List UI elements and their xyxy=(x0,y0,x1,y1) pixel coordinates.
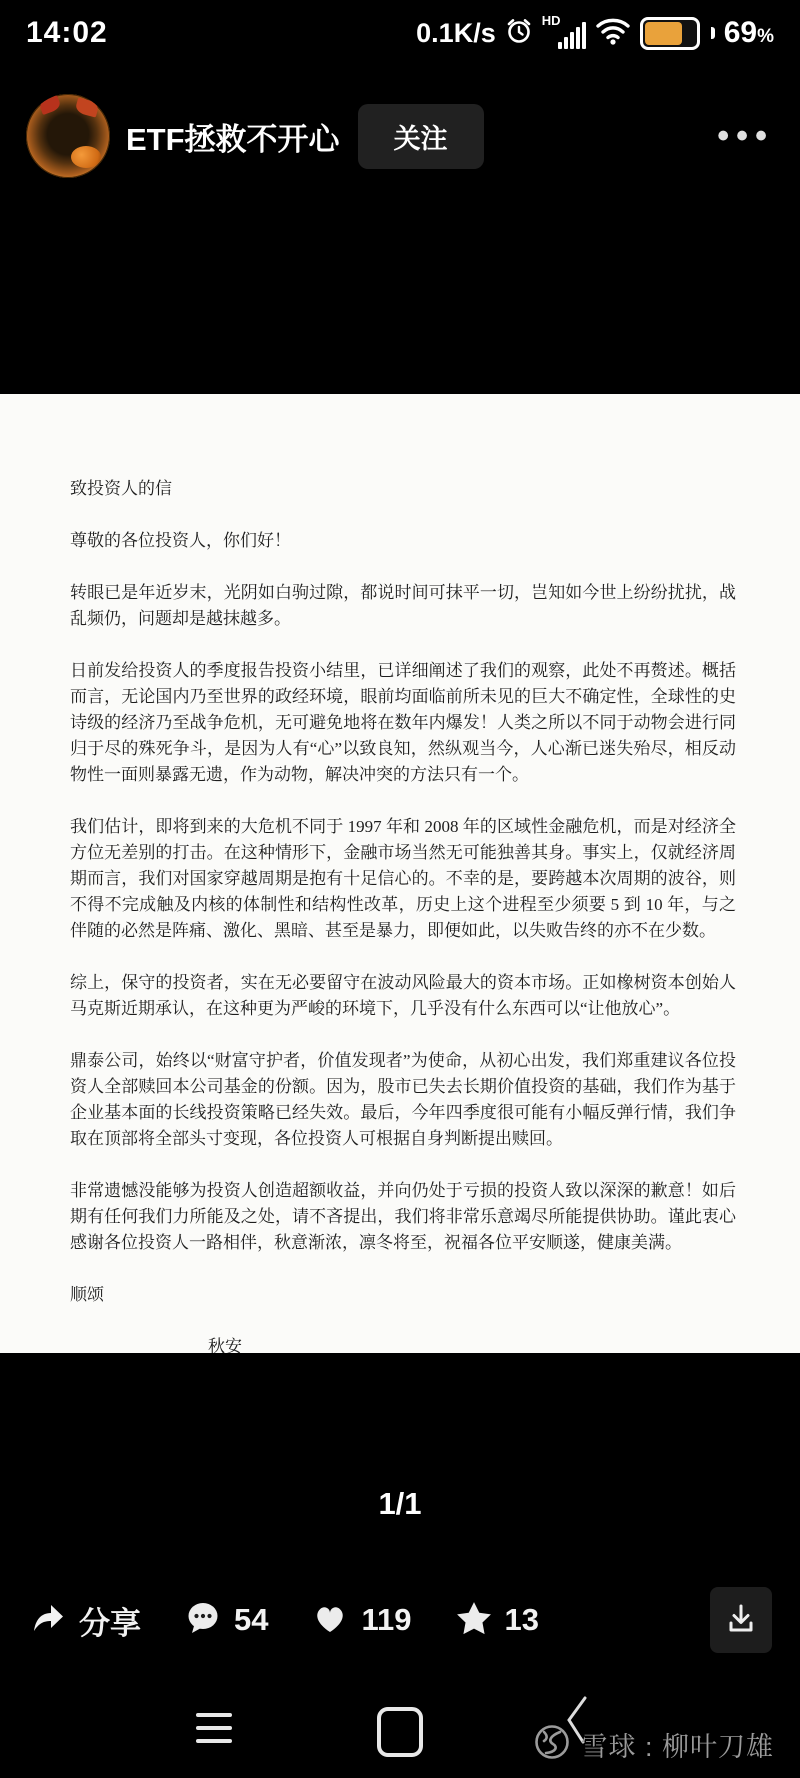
action-bar: 分享 54 119 xyxy=(30,1586,772,1654)
letter-body: 致投资人的信 尊敬的各位投资人，你们好！转眼已是年近岁末，光阴如白驹过隙，都说时… xyxy=(0,394,800,1353)
letter-title: 致投资人的信 xyxy=(70,476,736,502)
clock-time: 14:02 xyxy=(26,16,108,50)
letter-paragraph: 非常遗憾没能够为投资人创造超额收益，并向仍处于亏损的投资人致以深深的歉意！如后期… xyxy=(70,1178,736,1256)
more-menu-icon[interactable]: ••• xyxy=(717,119,774,153)
share-button[interactable]: 分享 xyxy=(30,1598,141,1643)
avatar[interactable] xyxy=(26,94,110,178)
share-icon xyxy=(30,1601,66,1640)
like-button[interactable]: 119 xyxy=(312,1601,411,1640)
letter-paragraph: 我们估计，即将到来的大危机不同于 1997 年和 2008 年的区域性金融危机，… xyxy=(70,814,736,944)
post-header: ETF拯救不开心 关注 ••• xyxy=(26,84,774,188)
nav-menu-button[interactable] xyxy=(196,1713,232,1752)
watermark-text: 雪球 : 柳叶刀雄 xyxy=(580,1725,774,1764)
watermark: 雪球 : 柳叶刀雄 xyxy=(533,1723,774,1766)
heart-icon xyxy=(312,1601,348,1640)
network-speed: 0.1K/s xyxy=(416,18,496,49)
battery-nub xyxy=(711,27,715,39)
nav-home-button[interactable] xyxy=(377,1707,423,1757)
letter-paragraph: 顺颂 xyxy=(70,1282,736,1308)
letter-paragraph: 综上，保守的投资者，实在无必要留守在波动风险最大的资本市场。正如橡树资本创始人马… xyxy=(70,970,736,1022)
letter-document-image[interactable]: 致投资人的信 尊敬的各位投资人，你们好！转眼已是年近岁末，光阴如白驹过隙，都说时… xyxy=(0,394,800,1353)
letter-paragraph: 尊敬的各位投资人，你们好！ xyxy=(70,528,736,554)
star-icon xyxy=(456,1601,492,1640)
letter-paragraph: 转眼已是年近岁末，光阴如白驹过隙，都说时间可抹平一切，岂知如今世上纷纷扰扰，战乱… xyxy=(70,580,736,632)
username-title[interactable]: ETF拯救不开心 xyxy=(126,114,340,159)
page-indicator: 1/1 xyxy=(0,1486,800,1522)
battery-percent: 69% xyxy=(724,16,774,50)
battery-fill xyxy=(645,22,682,45)
alarm-icon xyxy=(505,17,533,50)
download-icon xyxy=(725,1603,757,1638)
phone-screen: 14:02 0.1K/s HD xyxy=(0,0,800,1778)
download-button[interactable] xyxy=(710,1587,772,1653)
letter-paragraph: 鼎泰公司，始终以“财富守护者，价值发现者”为使命，从初心出发，我们郑重建议各位投… xyxy=(70,1048,736,1152)
status-bar: 14:02 0.1K/s HD xyxy=(0,8,800,58)
comments-button[interactable]: 54 xyxy=(185,1601,268,1640)
cell-signal-icon: HD xyxy=(542,15,586,51)
letter-signoff: 秋安 xyxy=(70,1334,736,1353)
battery-icon xyxy=(640,17,700,50)
xueqiu-logo-icon xyxy=(533,1723,571,1766)
comment-icon xyxy=(185,1601,221,1640)
follow-button[interactable]: 关注 xyxy=(358,104,484,169)
wifi-icon xyxy=(595,16,631,51)
letter-paragraph: 日前发给投资人的季度报告投资小结里，已详细阐述了我们的观察，此处不再赘述。概括而… xyxy=(70,658,736,788)
favorite-button[interactable]: 13 xyxy=(456,1601,539,1640)
